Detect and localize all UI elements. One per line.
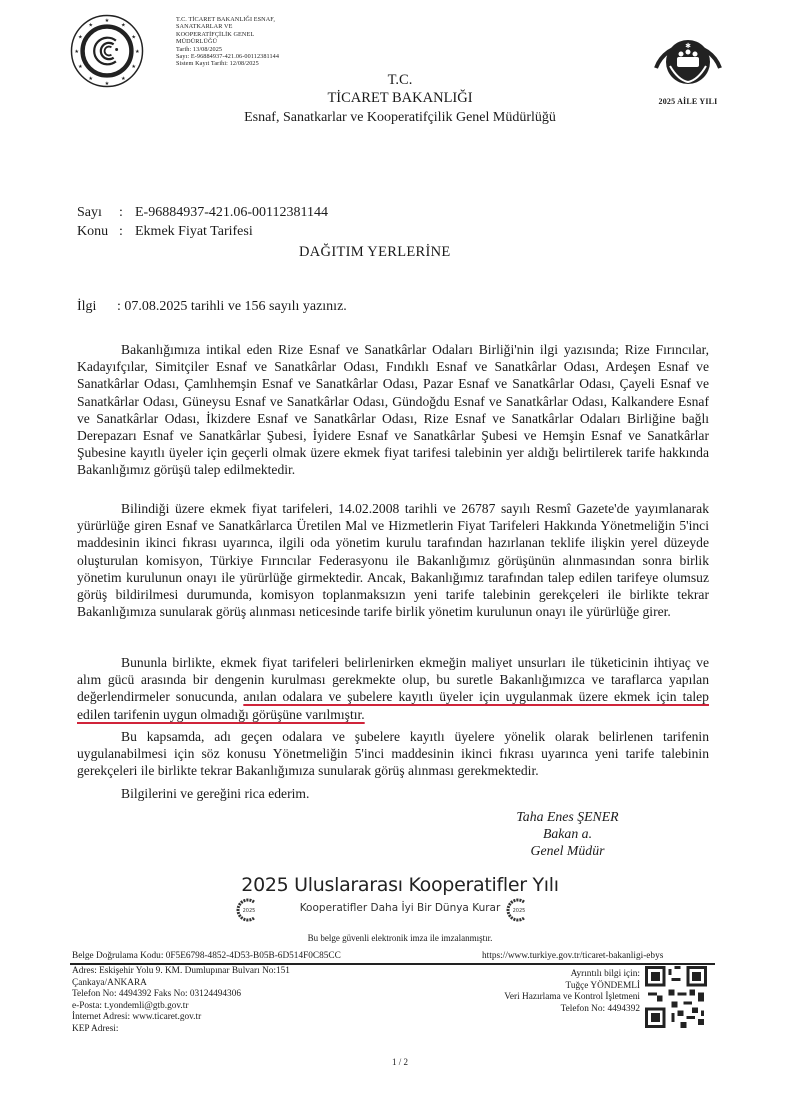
coop-wreath-left-icon: 2025: [236, 898, 260, 922]
sayi-value: E-96884937-421.06-00112381144: [135, 205, 328, 220]
konu-sep: :: [119, 224, 135, 240]
ilgi-value: : 07.08.2025 tarihli ve 156 sayılı yazın…: [117, 299, 347, 314]
sayi-row: Sayı:E-96884937-421.06-00112381144: [77, 205, 328, 221]
verification-code: Belge Doğrulama Kodu: 0F5E6798-4852-4D53…: [72, 951, 341, 963]
footer-divider: [70, 963, 715, 965]
paragraph-4: Bu kapsamda, adı geçen odalara ve şubele…: [77, 728, 709, 780]
qr-code-icon[interactable]: [645, 966, 707, 1028]
stamp-line: T.C. TİCARET BAKANLIĞI ESNAF,: [176, 16, 279, 23]
signature-block: Taha Enes ŞENER Bakan a. Genel Müdür: [500, 808, 635, 859]
coop-wreath-right-icon: 2025: [506, 898, 530, 922]
svg-text:★: ★: [78, 34, 83, 40]
verification-url[interactable]: https://www.turkiye.gov.tr/ticaret-bakan…: [482, 951, 663, 963]
phone-line: Telefon No: 4494392 Faks No: 03124494306: [72, 989, 290, 1001]
svg-text:★: ★: [135, 49, 140, 55]
svg-text:★: ★: [88, 23, 93, 29]
website-line: İnternet Adresi: www.ticaret.gov.tr: [72, 1012, 290, 1024]
stamp-line: Sistem Kayıt Tarihi: 12/08/2025: [176, 60, 279, 67]
header-directorate: Esnaf, Sanatkarlar ve Kooperatifçilik Ge…: [0, 110, 800, 126]
konu-label: Konu: [77, 224, 119, 240]
stamp-line: Sayı: E-96884937-421.06-00112381144: [176, 53, 279, 60]
page-number: 1 / 2: [0, 1057, 800, 1067]
address-block: Adres: Eskişehir Yolu 9. KM. Dumlupınar …: [72, 966, 290, 1036]
coop-year-title: 2025 Uluslararası Kooperatifler Yılı: [0, 874, 800, 896]
header-ministry: TİCARET BAKANLIĞI: [0, 90, 800, 107]
stamp-line: SANATKARLAR VE: [176, 23, 279, 30]
svg-text:★: ★: [131, 34, 136, 40]
contact-name: Tuğçe YÖNDEMLİ: [504, 981, 640, 993]
paragraph-5: Bilgilerini ve gereğini rica ederim.: [77, 785, 709, 802]
paragraph-1: Bakanlığımıza intikal eden Rize Esnaf ve…: [77, 341, 709, 479]
konu-value: Ekmek Fiyat Tarifesi: [135, 224, 253, 239]
svg-text:★: ★: [78, 64, 83, 70]
svg-text:✱: ✱: [685, 42, 691, 50]
paragraph-3: Bununla birlikte, ekmek fiyat tarifeleri…: [77, 654, 709, 723]
svg-text:★: ★: [74, 49, 79, 55]
address-line: Adres: Eskişehir Yolu 9. KM. Dumlupınar …: [72, 966, 290, 978]
paragraph-2: Bilindiği üzere ekmek fiyat tarifeleri, …: [77, 500, 709, 620]
coop-year-subtitle: Kooperatifler Daha İyi Bir Dünya Kurar: [0, 902, 800, 914]
header-tc: T.C.: [0, 72, 800, 89]
svg-text:2025: 2025: [513, 908, 526, 914]
svg-text:★: ★: [121, 23, 126, 29]
sayi-sep: :: [119, 205, 135, 221]
contact-phone: Telefon No: 4494392: [504, 1004, 640, 1016]
email-line: e-Posta: t.yondemli@gtb.gov.tr: [72, 1001, 290, 1013]
kep-line: KEP Adresi:: [72, 1024, 290, 1036]
sayi-label: Sayı: [77, 205, 119, 221]
ilgi-row: İlgi: 07.08.2025 tarihli ve 156 sayılı y…: [77, 299, 347, 315]
contact-role: Veri Hazırlama ve Kontrol İşletmeni: [504, 992, 640, 1004]
signer-name: Taha Enes ŞENER: [500, 808, 635, 825]
signer-title: Genel Müdür: [500, 842, 635, 859]
contact-block: Ayrıntılı bilgi için: Tuğçe YÖNDEMLİ Ver…: [504, 969, 640, 1015]
svg-text:2025: 2025: [243, 908, 256, 914]
signer-on-behalf: Bakan a.: [500, 825, 635, 842]
distribution-heading: DAĞITIM YERLERİNE: [299, 244, 451, 261]
ilgi-label: İlgi: [77, 299, 117, 315]
e-signature-note: Bu belge güvenli elektronik imza ile imz…: [0, 933, 800, 943]
address-line: Çankaya/ANKARA: [72, 978, 290, 990]
svg-text:★: ★: [105, 18, 110, 24]
stamp-line: Tarih: 13/08/2025: [176, 46, 279, 53]
stamp-line: MÜDÜRLÜĞÜ: [176, 38, 279, 45]
contact-line: Ayrıntılı bilgi için:: [504, 969, 640, 981]
e-signature-stamp: T.C. TİCARET BAKANLIĞI ESNAF, SANATKARLA…: [176, 16, 279, 68]
konu-row: Konu:Ekmek Fiyat Tarifesi: [77, 224, 253, 240]
svg-text:★: ★: [131, 64, 136, 70]
